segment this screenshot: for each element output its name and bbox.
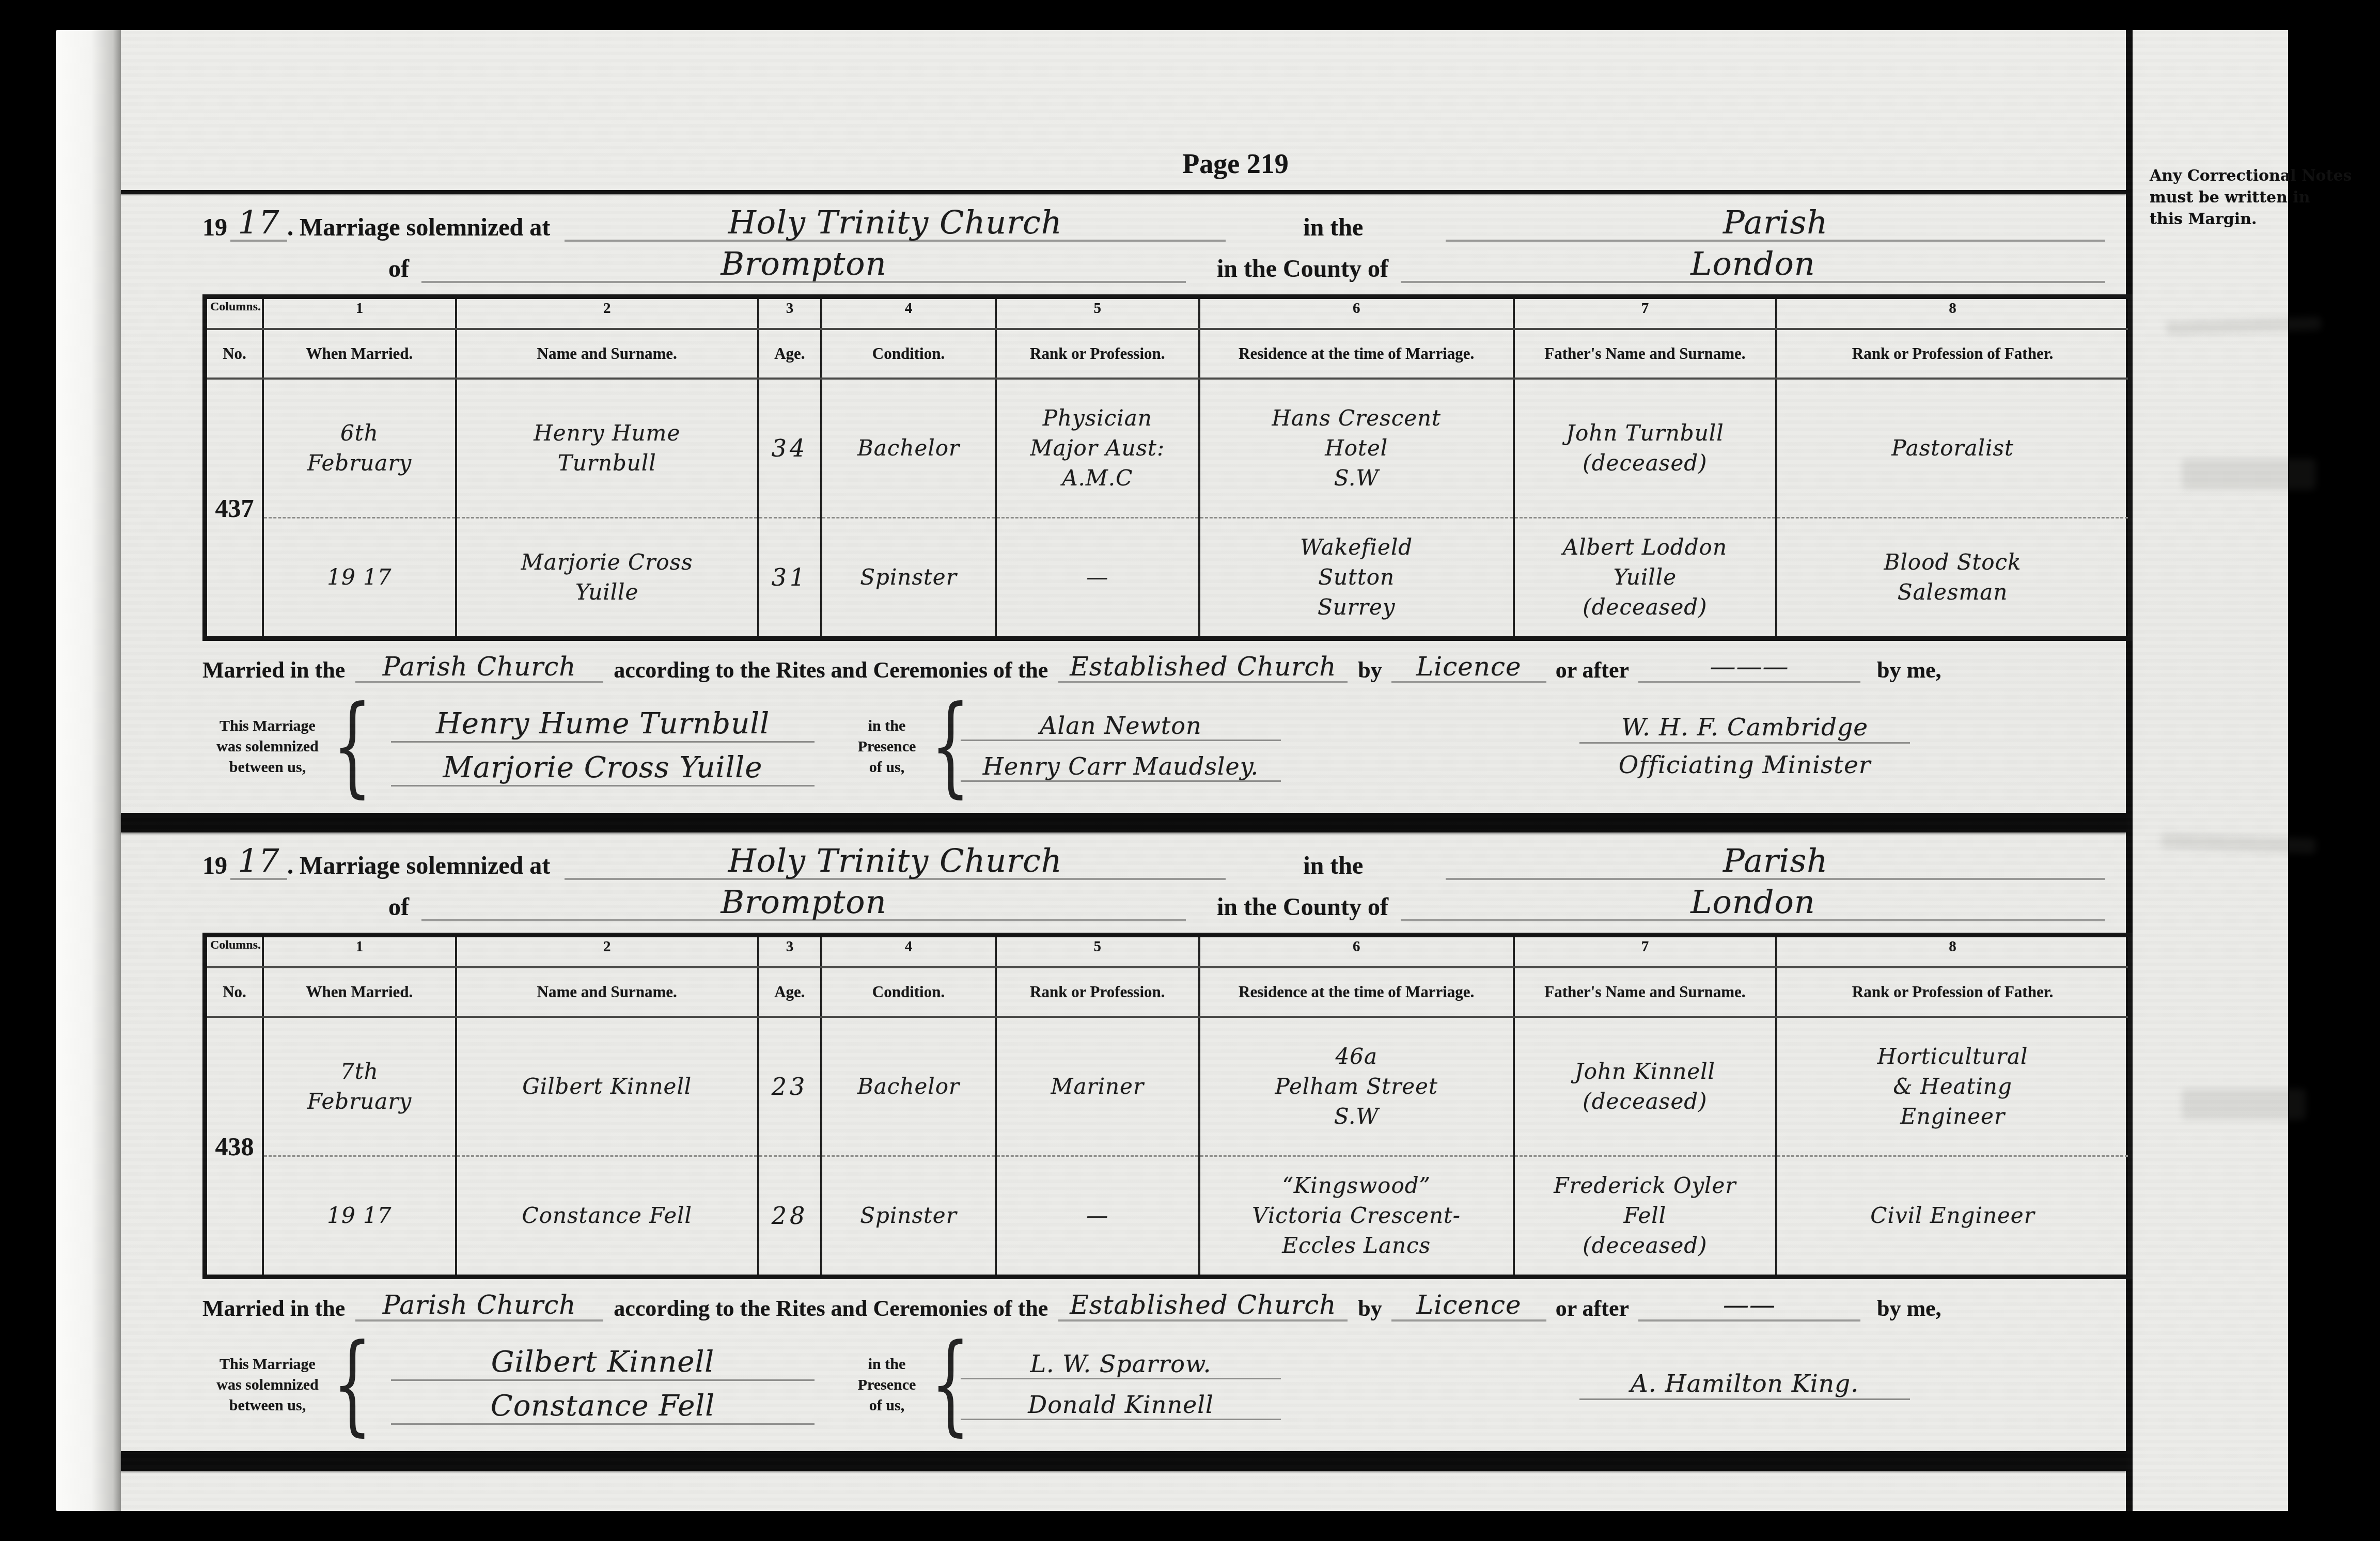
column-numbers-row: Columns. 1 2 3 4 5 6 7 8	[205, 297, 2131, 329]
year-handwritten: 17	[238, 842, 280, 879]
page-number: Page 219	[693, 148, 1778, 180]
col-header-rank: Rank or Profession.	[996, 329, 1199, 379]
col-number-1: 1	[263, 935, 456, 968]
no-label: No.	[205, 967, 263, 1017]
column-headers-row: No. When Married. Name and Surname. Age.…	[205, 967, 2131, 1017]
church-blank: Holy Trinity Church	[565, 208, 1226, 242]
presence-label: in thePresenceof us,	[843, 716, 931, 778]
col-header-when-married: When Married.	[263, 329, 456, 379]
col-number-3: 3	[758, 935, 822, 968]
solemnized-label: . Marriage solemnized at	[287, 213, 550, 242]
by-method-blank: Licence	[1391, 1293, 1546, 1322]
left-brace: {	[333, 693, 363, 801]
col-number-7: 7	[1514, 935, 1776, 968]
or-after-dash: ——	[1723, 1290, 1776, 1320]
place-handwritten: Brompton	[721, 883, 886, 921]
col-header-age: Age.	[758, 967, 822, 1017]
bride-row: 19 17 Constance Fell 28 Spinster — “King…	[205, 1156, 2131, 1277]
bride-signature: Marjorie Cross Yuille	[391, 751, 815, 787]
register-page: Page 219 19 17 . Marriage solemnized at …	[121, 30, 2288, 1511]
parish-handwritten: Parish	[1723, 203, 1828, 241]
book-gutter-edge	[56, 30, 121, 1511]
in-the-label: in the	[1303, 852, 1363, 880]
presence-label: in thePresenceof us,	[843, 1354, 931, 1416]
rites-label: according to the Rites and Ceremonies of…	[614, 1295, 1048, 1322]
married-in-handwritten: Parish Church	[383, 652, 576, 682]
col-header-age: Age.	[758, 329, 822, 379]
bride-father-rank: Blood StockSalesman	[1780, 547, 2125, 607]
col-header-father-rank: Rank or Profession of Father.	[1776, 967, 2130, 1017]
bride-condition: Spinster	[860, 564, 957, 590]
by-method-handwritten: Licence	[1416, 1290, 1522, 1320]
groom-signature: Henry Hume Turnbull	[391, 707, 815, 743]
groom-row: 437 6thFebruary Henry HumeTurnbull 34 Ba…	[205, 379, 2131, 518]
groom-name: Gilbert Kinnell	[460, 1072, 754, 1102]
county-label: in the County of	[1217, 893, 1388, 921]
bride-age: 31	[772, 563, 808, 591]
church-blank: Holy Trinity Church	[565, 846, 1226, 880]
by-me-label: by me,	[1877, 1295, 1941, 1322]
by-label: by	[1358, 657, 1382, 683]
col-header-father-rank: Rank or Profession of Father.	[1776, 329, 2130, 379]
couple-signatures: Gilbert Kinnell Constance Fell	[363, 1345, 843, 1425]
no-label: No.	[205, 329, 263, 379]
bride-name: Constance Fell	[460, 1201, 754, 1231]
entry-number: 438	[205, 1017, 263, 1277]
marriage-entry-438: 19 17 . Marriage solemnized at Holy Trin…	[202, 846, 2126, 1471]
bride-rank: —	[1000, 1201, 1195, 1231]
place-blank: Brompton	[421, 887, 1186, 921]
bride-rank: —	[1000, 562, 1195, 592]
col-number-4: 4	[821, 297, 996, 329]
established-handwritten: Established Church	[1070, 652, 1336, 682]
county-blank: London	[1401, 887, 2105, 921]
bride-father: Albert LoddonYuille(deceased)	[1518, 532, 1772, 622]
witness-signatures: L. W. Sparrow. Donald Kinnell	[961, 1350, 1333, 1420]
signature-block: This Marriagewas solemnizedbetween us, {…	[202, 1327, 2126, 1443]
when-married-groom: 6thFebruary	[267, 418, 452, 478]
year-printed: 19	[202, 852, 227, 880]
witness-brace: {	[931, 1331, 961, 1439]
margin-note-line3: this Margin.	[2150, 209, 2372, 230]
bride-age: 28	[772, 1202, 808, 1230]
when-married-bride: 19 17	[267, 1201, 452, 1231]
col-header-rank: Rank or Profession.	[996, 967, 1199, 1017]
in-the-label: in the	[1303, 213, 1363, 242]
top-rule	[121, 190, 2126, 194]
established-handwritten: Established Church	[1070, 1290, 1336, 1320]
col-header-father-name: Father's Name and Surname.	[1514, 967, 1776, 1017]
groom-father: John Turnbull(deceased)	[1518, 418, 1772, 478]
witness-1-signature: Alan Newton	[961, 712, 1281, 741]
established-blank: Established Church	[1058, 1293, 1348, 1322]
parish-blank: Parish	[1446, 208, 2105, 242]
when-married-bride: 19 17	[267, 562, 452, 592]
col-number-5: 5	[996, 297, 1199, 329]
by-method-blank: Licence	[1391, 654, 1546, 683]
groom-age: 23	[772, 1073, 808, 1100]
place-blank: Brompton	[421, 249, 1186, 283]
by-method-handwritten: Licence	[1416, 652, 1522, 682]
witness-signatures: Alan Newton Henry Carr Maudsley.	[961, 712, 1333, 782]
or-after-label: or after	[1556, 1295, 1629, 1322]
col-number-8: 8	[1776, 297, 2130, 329]
margin-note-line2: must be written in	[2150, 187, 2372, 209]
rites-label: according to the Rites and Ceremonies of…	[614, 657, 1048, 683]
bride-father: Frederick OylerFell(deceased)	[1518, 1171, 1772, 1261]
groom-rank: PhysicianMajor Aust:A.M.C	[1000, 403, 1195, 493]
by-label: by	[1358, 1295, 1382, 1322]
parish-blank: Parish	[1446, 846, 2105, 880]
groom-signature: Gilbert Kinnell	[391, 1345, 815, 1381]
by-me-label: by me,	[1877, 657, 1941, 683]
county-blank: London	[1401, 249, 2105, 283]
officiant-signature: A. Hamilton King.	[1333, 1370, 2126, 1400]
column-numbers-row: Columns. 1 2 3 4 5 6 7 8	[205, 935, 2131, 968]
entry-divider-bar	[121, 813, 2126, 832]
groom-father-rank: Pastoralist	[1780, 433, 2125, 463]
groom-father-rank: Horticultural& HeatingEngineer	[1780, 1042, 2125, 1131]
officiant-signature: W. H. F. CambridgeOfficiating Minister	[1333, 713, 2126, 780]
or-after-dash: ———	[1710, 652, 1789, 682]
bride-signature: Constance Fell	[391, 1389, 815, 1425]
witness-1-signature: L. W. Sparrow.	[961, 1350, 1281, 1379]
or-after-blank: ———	[1638, 654, 1860, 683]
left-brace: {	[333, 1331, 363, 1439]
column-headers-row: No. When Married. Name and Surname. Age.…	[205, 329, 2131, 379]
bottom-bar	[121, 1451, 2126, 1471]
married-in-blank: Parish Church	[355, 654, 603, 683]
register-table: Columns. 1 2 3 4 5 6 7 8 No. When Marrie…	[202, 294, 2133, 641]
col-number-5: 5	[996, 935, 1199, 968]
established-blank: Established Church	[1058, 654, 1348, 683]
year-printed: 19	[202, 213, 227, 242]
col-number-2: 2	[456, 297, 758, 329]
county-handwritten: London	[1690, 245, 1815, 282]
columns-label: Columns.	[205, 935, 263, 968]
married-in-label: Married in the	[202, 1295, 345, 1322]
bride-residence: “Kingswood”Victoria Crescent-Eccles Lanc…	[1203, 1171, 1510, 1261]
church-handwritten: Holy Trinity Church	[728, 842, 1062, 879]
when-married-groom: 7thFebruary	[267, 1057, 452, 1117]
col-header-father-name: Father's Name and Surname.	[1514, 329, 1776, 379]
ink-bleed-smudge	[2182, 459, 2316, 490]
solemnized-label: . Marriage solemnized at	[287, 852, 550, 880]
witness-2-signature: Donald Kinnell	[961, 1391, 1281, 1420]
register-table: Columns. 1 2 3 4 5 6 7 8 No. When Marrie…	[202, 933, 2133, 1279]
entry-header-line2: of Brompton in the County of London	[202, 887, 2126, 921]
col-header-residence: Residence at the time of Marriage.	[1199, 329, 1514, 379]
entry-header-line2: of Brompton in the County of London	[202, 249, 2126, 283]
col-header-condition: Condition.	[821, 329, 996, 379]
entry-header-line1: 19 17 . Marriage solemnized at Holy Trin…	[202, 846, 2126, 880]
ink-bleed-smudge	[2182, 1089, 2306, 1120]
couple-signatures: Henry Hume Turnbull Marjorie Cross Yuill…	[363, 707, 843, 787]
of-label: of	[388, 255, 409, 283]
of-label: of	[388, 893, 409, 921]
bride-residence: WakefieldSuttonSurrey	[1203, 532, 1510, 622]
year-handwritten: 17	[238, 203, 280, 241]
col-number-3: 3	[758, 297, 822, 329]
married-in-line: Married in the Parish Church according t…	[202, 1293, 2126, 1322]
columns-label: Columns.	[205, 297, 263, 329]
col-header-name-surname: Name and Surname.	[456, 329, 758, 379]
groom-condition: Bachelor	[857, 435, 960, 461]
year-blank: 17	[230, 208, 287, 242]
bride-father-rank: Civil Engineer	[1780, 1201, 2125, 1231]
married-in-line: Married in the Parish Church according t…	[202, 654, 2126, 683]
witness-2-signature: Henry Carr Maudsley.	[961, 752, 1281, 782]
col-header-residence: Residence at the time of Marriage.	[1199, 967, 1514, 1017]
married-in-blank: Parish Church	[355, 1293, 603, 1322]
marriage-entry-437: 19 17 . Marriage solemnized at Holy Trin…	[202, 208, 2126, 832]
col-number-6: 6	[1199, 935, 1514, 968]
col-number-1: 1	[263, 297, 456, 329]
year-blank: 17	[230, 846, 287, 880]
married-in-label: Married in the	[202, 657, 345, 683]
this-marriage-label: This Marriagewas solemnizedbetween us,	[202, 716, 333, 778]
col-header-condition: Condition.	[821, 967, 996, 1017]
groom-residence: 46aPelham StreetS.W	[1203, 1042, 1510, 1131]
groom-row: 438 7thFebruary Gilbert Kinnell 23 Bache…	[205, 1017, 2131, 1156]
bride-name: Marjorie CrossYuille	[460, 547, 754, 607]
entry-header-line1: 19 17 . Marriage solemnized at Holy Trin…	[202, 208, 2126, 242]
groom-name: Henry HumeTurnbull	[460, 418, 754, 478]
entry-number: 437	[205, 379, 263, 639]
county-handwritten: London	[1690, 883, 1815, 921]
or-after-label: or after	[1556, 657, 1629, 683]
col-number-8: 8	[1776, 935, 2130, 968]
bride-condition: Spinster	[860, 1203, 957, 1228]
col-number-2: 2	[456, 935, 758, 968]
col-header-name-surname: Name and Surname.	[456, 967, 758, 1017]
col-number-6: 6	[1199, 297, 1514, 329]
this-marriage-label: This Marriagewas solemnizedbetween us,	[202, 1354, 333, 1416]
place-handwritten: Brompton	[721, 245, 886, 282]
married-in-handwritten: Parish Church	[383, 1290, 576, 1320]
witness-brace: {	[931, 693, 961, 801]
col-number-7: 7	[1514, 297, 1776, 329]
col-header-when-married: When Married.	[263, 967, 456, 1017]
or-after-blank: ——	[1638, 1293, 1860, 1322]
parish-handwritten: Parish	[1723, 842, 1828, 879]
groom-residence: Hans CrescentHotelS.W	[1203, 403, 1510, 493]
register-sheet: Page 219 19 17 . Marriage solemnized at …	[121, 30, 2133, 1511]
margin-note-line1: Any Correctional Notes	[2150, 165, 2372, 187]
groom-father: John Kinnell(deceased)	[1518, 1057, 1772, 1117]
signature-block: This Marriagewas solemnizedbetween us, {…	[202, 688, 2126, 805]
bride-row: 19 17 Marjorie CrossYuille 31 Spinster —…	[205, 518, 2131, 639]
county-label: in the County of	[1217, 255, 1388, 283]
groom-age: 34	[772, 434, 808, 462]
col-number-4: 4	[821, 935, 996, 968]
ink-bleed-smudge	[2166, 317, 2322, 335]
correctional-notes-margin: Any Correctional Notes must be written i…	[2150, 165, 2372, 230]
church-handwritten: Holy Trinity Church	[728, 203, 1062, 241]
ink-bleed-smudge	[2161, 833, 2316, 854]
groom-rank: Mariner	[1000, 1072, 1195, 1102]
groom-condition: Bachelor	[857, 1074, 960, 1099]
